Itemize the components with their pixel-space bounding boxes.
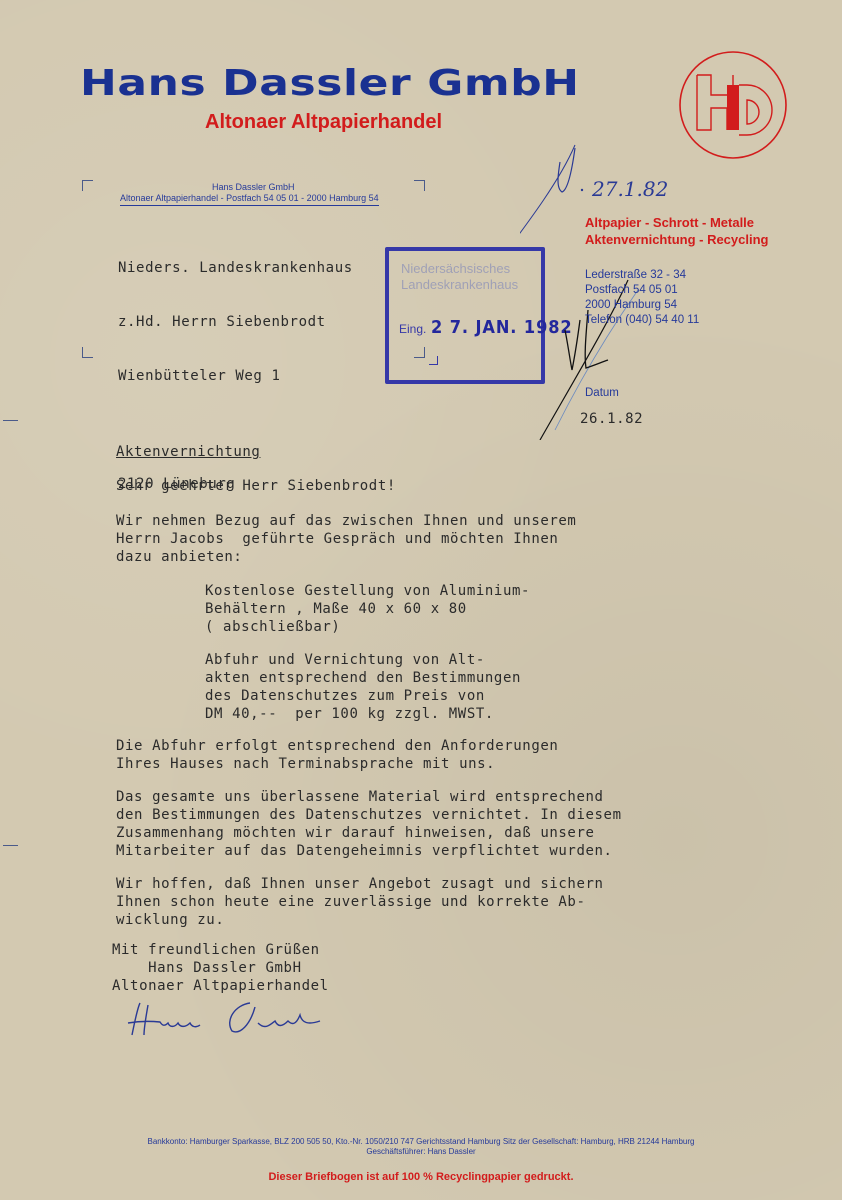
tagline-line: Aktenvernichtung - Recycling xyxy=(585,231,768,248)
date-value: 26.1.82 xyxy=(580,410,643,428)
fold-mark xyxy=(3,420,18,421)
svg-text:27.1.82: 27.1.82 xyxy=(591,177,668,201)
letter-paragraph: Wir nehmen Bezug auf das zwischen Ihnen … xyxy=(116,512,576,566)
stamp-line: Niedersächsisches xyxy=(401,261,518,277)
recipient-line: Wienbütteler Weg 1 xyxy=(118,367,353,385)
footer-manager-line: Geschäftsführer: Hans Dassler xyxy=(0,1147,842,1157)
window-corner-mark xyxy=(414,180,425,191)
offer-item: Kostenlose Gestellung von Aluminium- Beh… xyxy=(205,582,530,636)
signature xyxy=(120,995,340,1040)
company-subtitle: Altonaer Altpapierhandel xyxy=(205,110,442,134)
company-name: Hans Dassler GmbH xyxy=(80,64,580,104)
address-line: 2000 Hamburg 54 xyxy=(585,298,699,313)
letter-paragraph: Die Abfuhr erfolgt entsprechend den Anfo… xyxy=(116,737,558,773)
address-line: Postfach 54 05 01 xyxy=(585,283,699,298)
recipient-line xyxy=(118,421,353,439)
sender-return-address: Altonaer Altpapierhandel - Postfach 54 0… xyxy=(120,193,379,206)
letter-subject: Aktenvernichtung xyxy=(116,443,260,461)
stamp-institution: Niedersächsisches Landeskrankenhaus xyxy=(401,261,518,293)
stamp-corner-mark xyxy=(429,356,438,365)
window-corner-mark xyxy=(82,180,93,191)
stamp-line: Landeskrankenhaus xyxy=(401,277,518,293)
window-corner-mark xyxy=(82,347,93,358)
letter-paragraph: Das gesamte uns überlassene Material wir… xyxy=(116,788,622,860)
letter-salutation: Sehr geehrter Herr Siebenbrodt! xyxy=(116,477,396,495)
letter-paragraph: Wir hoffen, daß Ihnen unser Angebot zusa… xyxy=(116,875,604,929)
address-line: Lederstraße 32 - 34 xyxy=(585,268,699,283)
company-address: Lederstraße 32 - 34 Postfach 54 05 01 20… xyxy=(585,268,699,328)
address-line: Telefon (040) 54 40 11 xyxy=(585,313,699,328)
recipient-line: Nieders. Landeskrankenhaus xyxy=(118,259,353,277)
letter-closing: Mit freundlichen Grüßen Hans Dassler Gmb… xyxy=(112,941,329,995)
sender-name: Hans Dassler GmbH xyxy=(212,182,295,193)
footer-company-info: Bankkonto: Hamburger Sparkasse, BLZ 200 … xyxy=(0,1137,842,1157)
service-tagline: Altpapier - Schrott - Metalle Aktenverni… xyxy=(585,214,768,248)
recipient-address: Nieders. Landeskrankenhaus z.Hd. Herrn S… xyxy=(118,223,353,511)
date-label: Datum xyxy=(585,387,619,399)
tagline-line: Altpapier - Schrott - Metalle xyxy=(585,214,768,231)
fold-mark xyxy=(3,845,18,846)
stamp-received-label: Eing. xyxy=(399,322,426,336)
offer-item: Abfuhr und Vernichtung von Alt- akten en… xyxy=(205,651,521,723)
footer-recycling-note: Dieser Briefbogen ist auf 100 % Recyclin… xyxy=(0,1171,842,1183)
footer-bank-line: Bankkonto: Hamburger Sparkasse, BLZ 200 … xyxy=(0,1137,842,1147)
recipient-line: z.Hd. Herrn Siebenbrodt xyxy=(118,313,353,331)
